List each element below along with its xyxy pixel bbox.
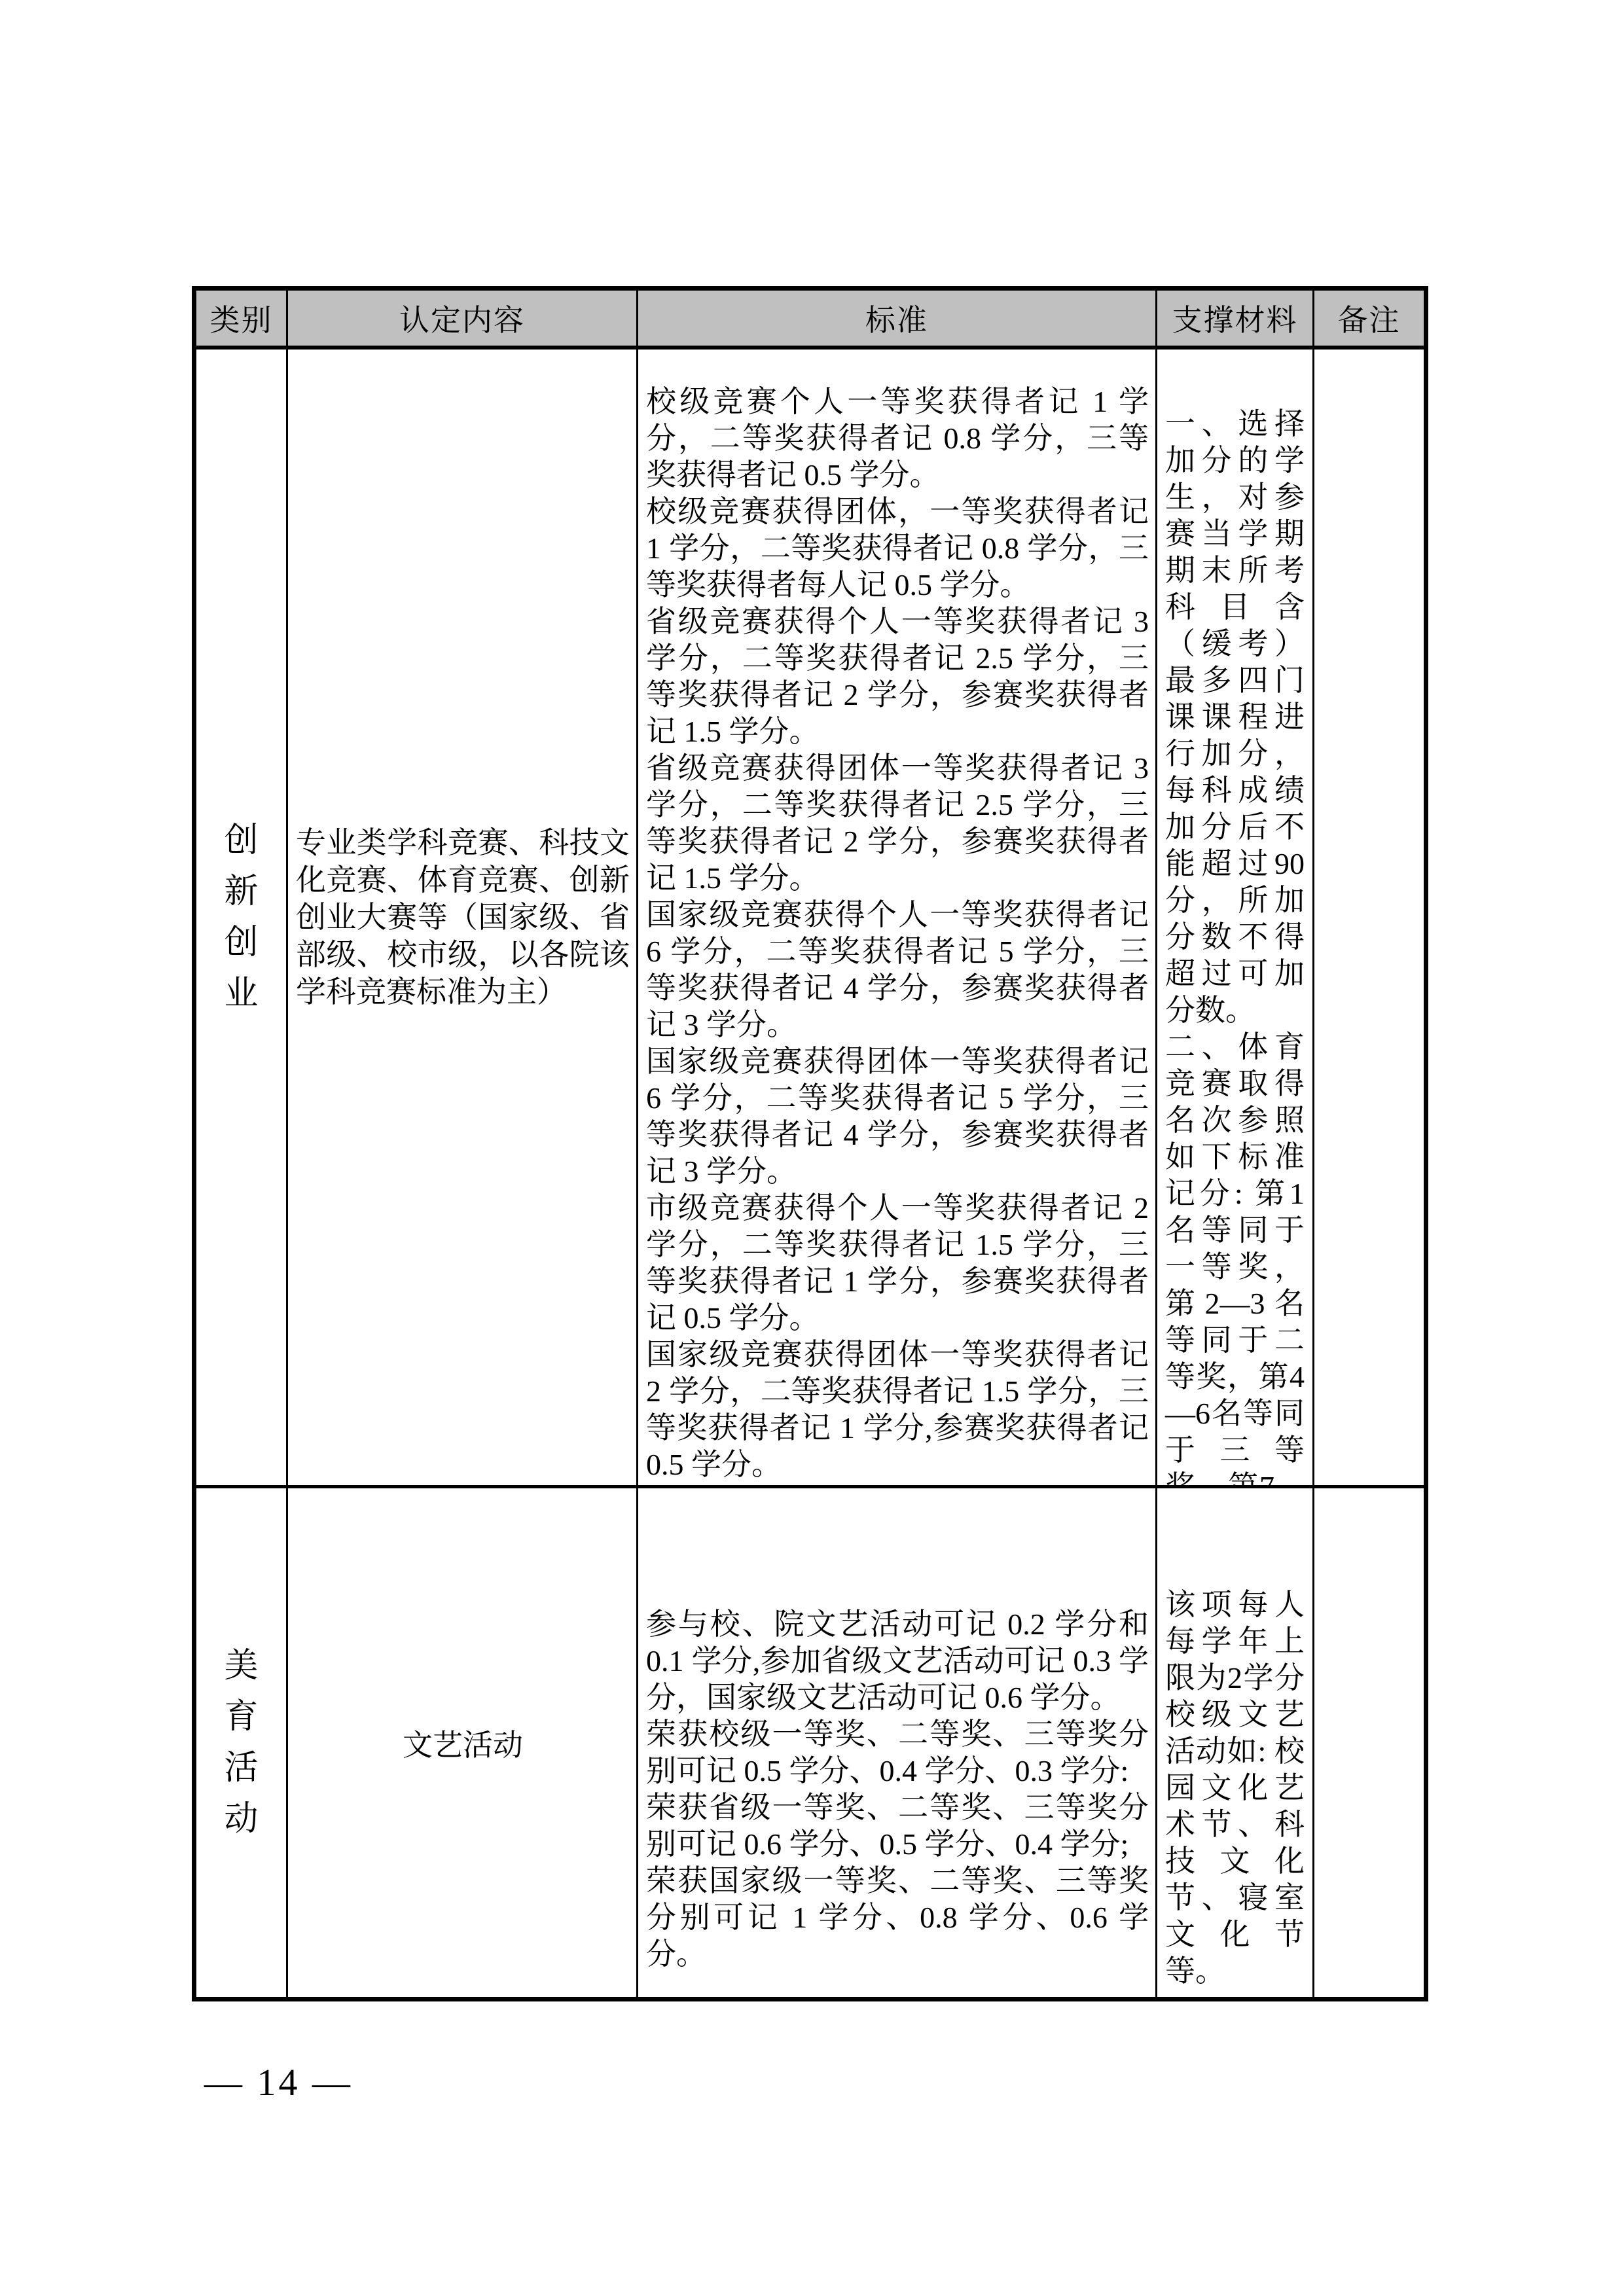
- row1-standard-p8: 国家级竞赛获得团体一等奖获得者记 2 学分，二等奖获得者记 1.5 学分，三等奖…: [646, 1336, 1149, 1483]
- row2-standard-p3: 荣获省级一等奖、二等奖、三等奖分别可记 0.6 学分、0.5 学分、0.4 学分…: [646, 1789, 1149, 1863]
- row2-support-cell: 该项每人每学年上限为2学分校级文艺活动如: 校园文化艺术节、科技文化节、寝室文化…: [1157, 1488, 1314, 1997]
- row1-standard-p4: 省级竞赛获得团体一等奖获得者记 3 学分，二等奖获得者记 2.5 学分，三等奖获…: [646, 750, 1149, 897]
- row1-support-cell: 一、选择加分的学生，对参赛当学期期末所考科目含（缓考）最多四门课课程进行加分，每…: [1157, 350, 1314, 1488]
- header-remark: 备注: [1314, 291, 1424, 350]
- header-support: 支撑材料: [1157, 291, 1314, 350]
- row1-standard-p2: 校级竞赛获得团体，一等奖获得者记 1 学分，二等奖获得者记 0.8 学分，三等奖…: [646, 493, 1149, 603]
- row1-content-cell: 专业类学科竞赛、科技文化竞赛、体育竞赛、创新创业大赛等（国家级、省部级、校市级，…: [288, 350, 638, 1488]
- row1-standard-p3: 省级竞赛获得个人一等奖获得者记 3 学分，二等奖获得者记 2.5 学分，三等奖获…: [646, 603, 1149, 750]
- header-support-label: 支撑材料: [1172, 296, 1298, 340]
- credit-recognition-table: 类别 认定内容 标准 支撑材料 备注 创新创业 专业类学科竞赛、科技文化竞赛、体…: [192, 286, 1428, 2001]
- header-standard-label: 标准: [865, 296, 928, 340]
- header-standard: 标准: [638, 291, 1157, 350]
- header-category: 类别: [196, 291, 288, 350]
- row2-standard-p2: 荣获校级一等奖、二等奖、三等奖分别可记 0.5 学分、0.4 学分、0.3 学分…: [646, 1716, 1149, 1789]
- row1-standard-p1: 校级竞赛个人一等奖获得者记 1 学分，二等奖获得者记 0.8 学分，三等奖获得者…: [646, 384, 1149, 493]
- row1-support-p1: 一、选择加分的学生，对参赛当学期期末所考科目含（缓考）最多四门课课程进行加分，每…: [1165, 406, 1305, 1029]
- row1-category-text: 创新创业: [223, 816, 260, 1020]
- row2-standard-cell: 参与校、院文艺活动可记 0.2 学分和 0.1 学分,参加省级文艺活动可记 0.…: [638, 1488, 1157, 1997]
- row1-category-cell: 创新创业: [196, 350, 288, 1488]
- page-number: — 14 —: [204, 2060, 353, 2104]
- row1-standard-p7: 市级竞赛获得个人一等奖获得者记 2 学分，二等奖获得者记 1.5 学分，三等奖获…: [646, 1190, 1149, 1336]
- row1-support-p2: 二、体育竞赛取得名次参照如下标准记分: 第1名等同于一等奖，第2—3名等同于二等…: [1165, 1029, 1305, 1488]
- row1-standard-p5: 国家级竞赛获得个人一等奖获得者记 6 学分，二等奖获得者记 5 学分，三等奖获得…: [646, 897, 1149, 1043]
- row2-support-p1: 该项每人每学年上限为2学分校级文艺活动如: 校园文化艺术节、科技文化节、寝室文化…: [1165, 1587, 1305, 1990]
- header-category-label: 类别: [210, 296, 273, 340]
- row1-content-text: 专业类学科竞赛、科技文化竞赛、体育竞赛、创新创业大赛等（国家级、省部级、校市级，…: [296, 824, 630, 1011]
- row2-category-text: 美育活动: [223, 1641, 260, 1845]
- row2-standard-p1: 参与校、院文艺活动可记 0.2 学分和 0.1 学分,参加省级文艺活动可记 0.…: [646, 1606, 1149, 1716]
- row1-standard-cell: 校级竞赛个人一等奖获得者记 1 学分，二等奖获得者记 0.8 学分，三等奖获得者…: [638, 350, 1157, 1488]
- header-remark-label: 备注: [1338, 296, 1401, 340]
- row2-content-cell: 文艺活动: [288, 1488, 638, 1997]
- header-content-label: 认定内容: [399, 296, 525, 340]
- header-content: 认定内容: [288, 291, 638, 350]
- row1-remark-cell: [1314, 350, 1424, 1488]
- row2-content-text: 文艺活动: [403, 1721, 523, 1765]
- row2-remark-cell: [1314, 1488, 1424, 1997]
- row2-category-cell: 美育活动: [196, 1488, 288, 1997]
- row1-standard-p6: 国家级竞赛获得团体一等奖获得者记 6 学分，二等奖获得者记 5 学分，三等奖获得…: [646, 1043, 1149, 1190]
- document-page: 类别 认定内容 标准 支撑材料 备注 创新创业 专业类学科竞赛、科技文化竞赛、体…: [0, 0, 1624, 2296]
- row2-standard-p4: 荣获国家级一等奖、二等奖、三等奖分别可记 1 学分、0.8 学分、0.6 学分。: [646, 1863, 1149, 1973]
